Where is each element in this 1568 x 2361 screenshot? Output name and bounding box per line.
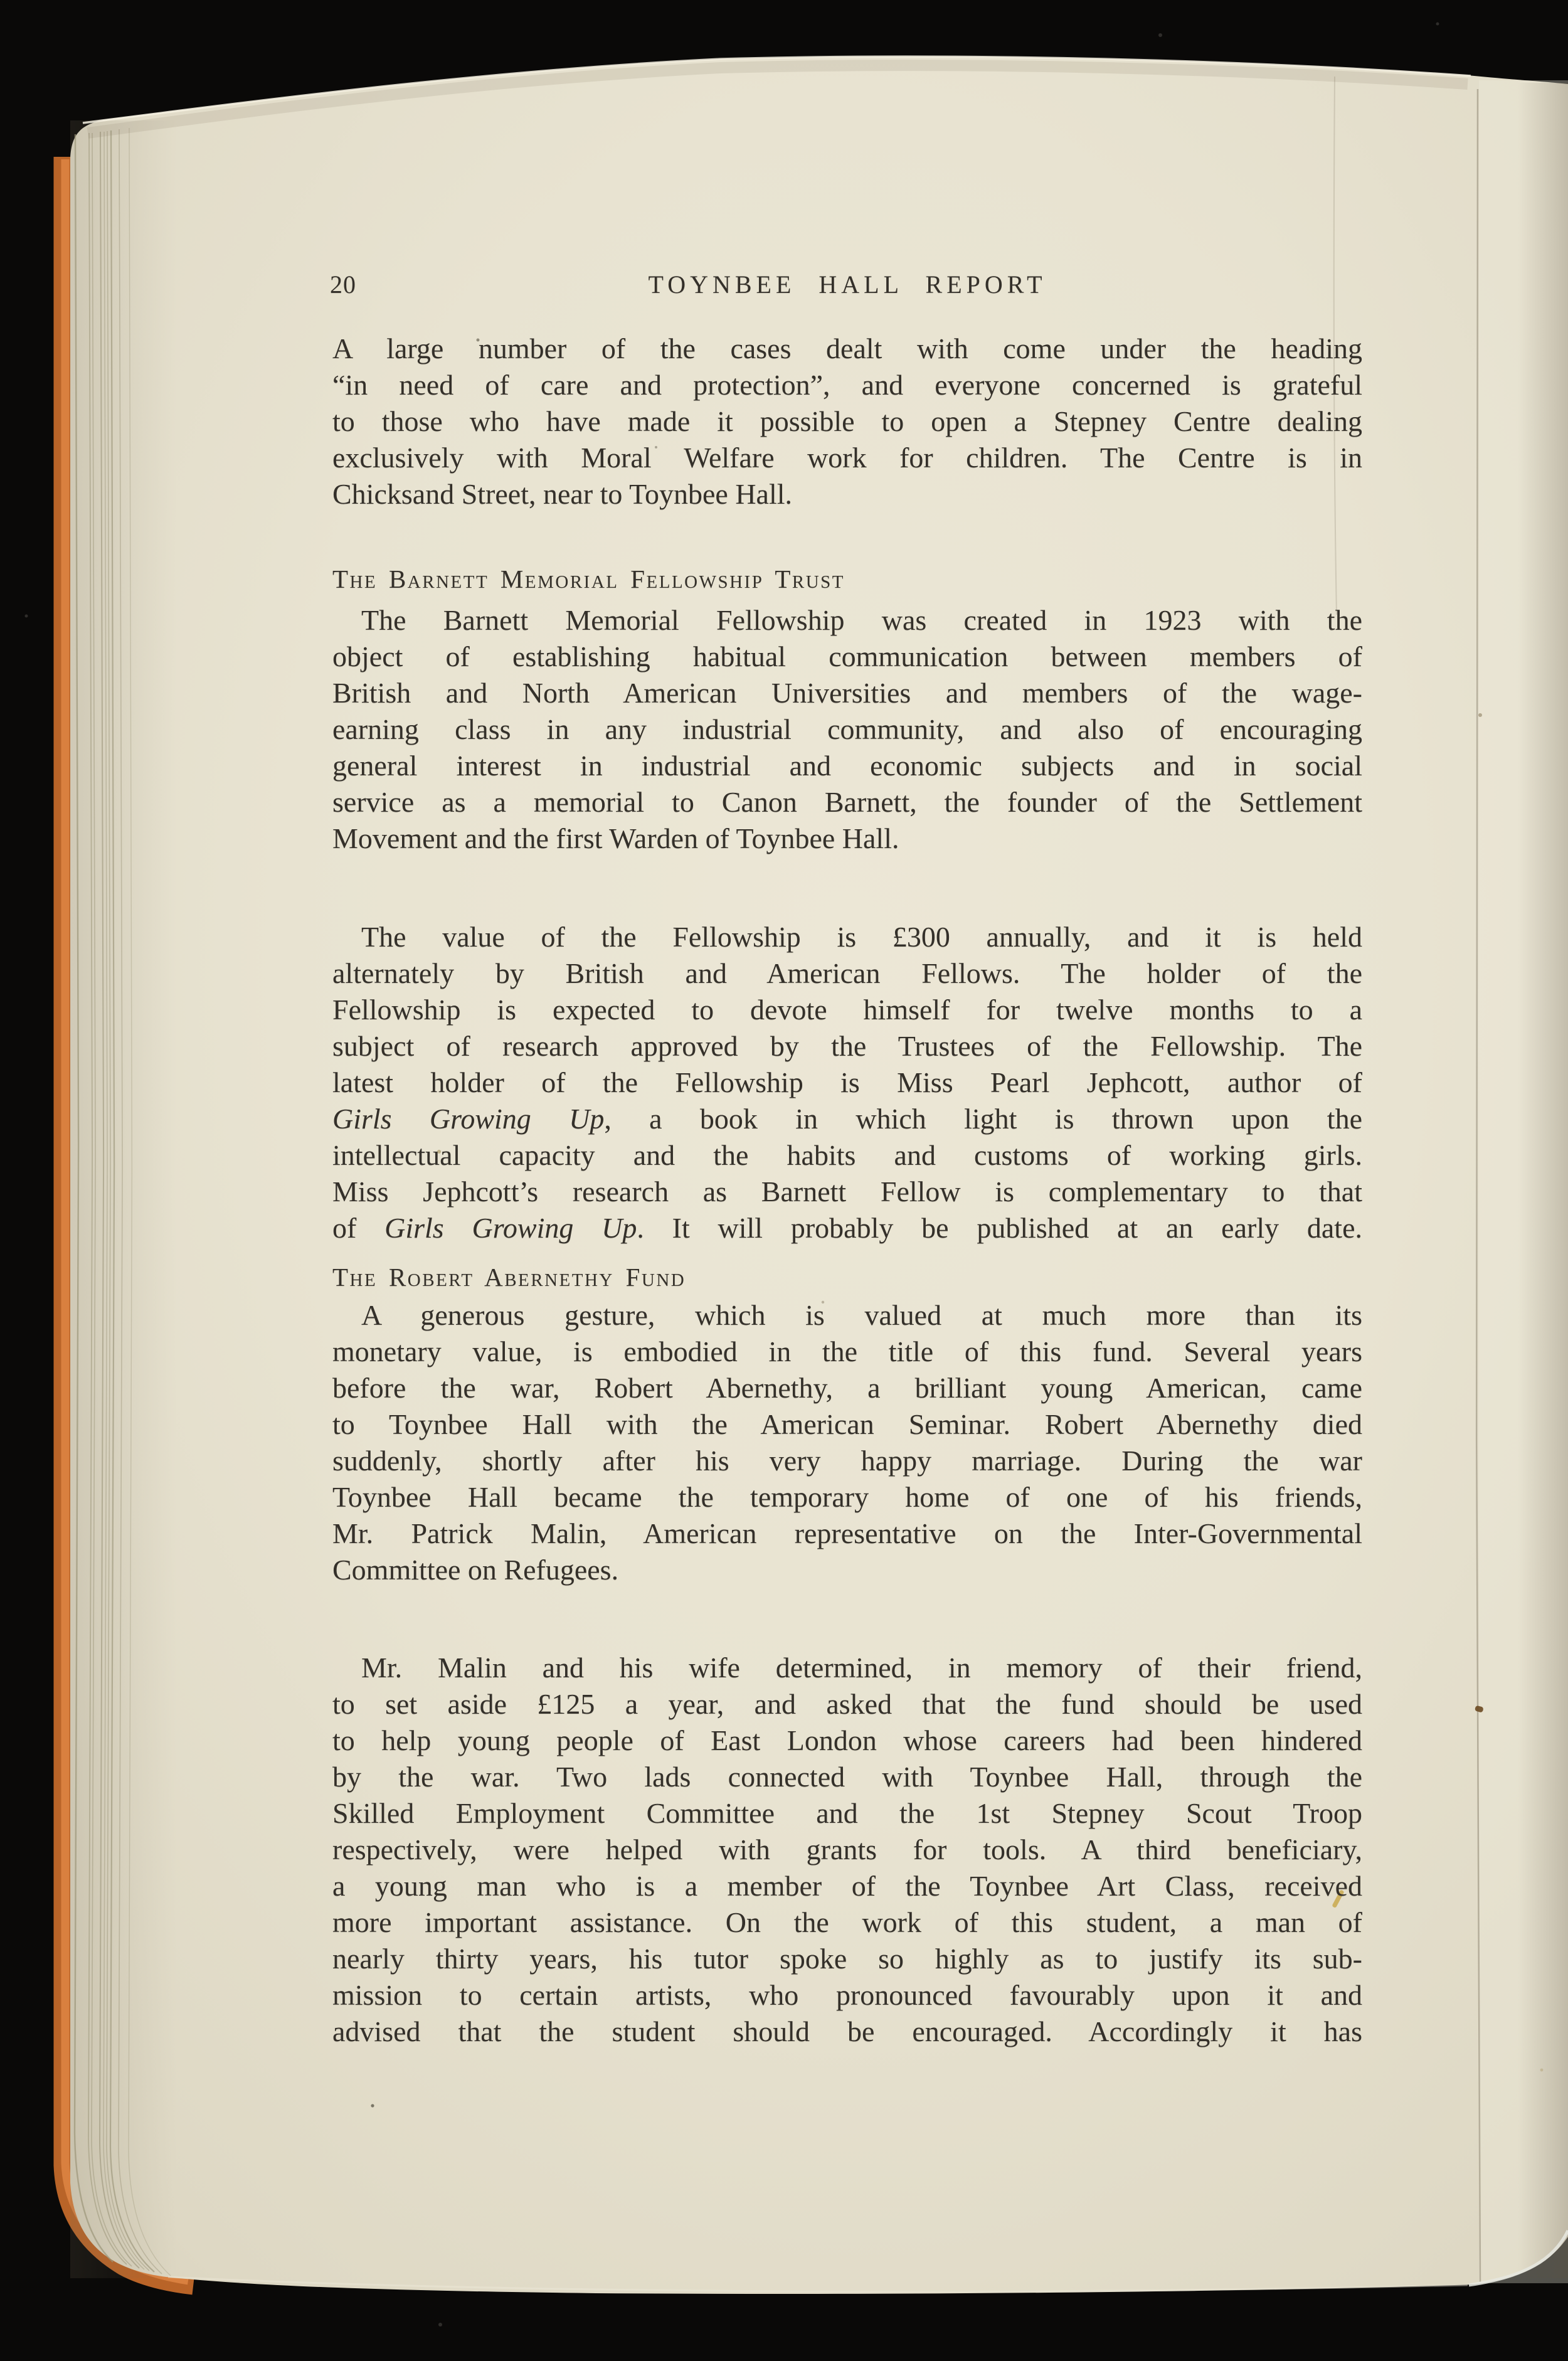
text-line: advised that the student should be encou… (332, 2013, 1362, 2050)
text-line: Movement and the first Warden of Toynbee… (332, 820, 1362, 857)
text-line: of Girls Growing Up. It will probably be… (332, 1210, 1362, 1246)
text-line: to set aside £125 a year, and asked that… (332, 1686, 1362, 1722)
text-line: before the war, Robert Abernethy, a bril… (332, 1370, 1362, 1406)
text-line: earning class in any industrial communit… (332, 711, 1362, 748)
edge-zone-shade (70, 120, 177, 2278)
text-line: “in need of care and protection”, and ev… (332, 367, 1362, 403)
running-head-row: 20 TOYNBEE HALL REPORT (332, 266, 1362, 304)
text-line: object of establishing habitual communic… (332, 639, 1362, 675)
text-line: to Toynbee Hall with the American Semina… (332, 1406, 1362, 1443)
text-line: respectively, were helped with grants fo… (332, 1832, 1362, 1868)
text-line: Committee on Refugees. (332, 1552, 1362, 1588)
text-line: more important assistance. On the work o… (332, 1904, 1362, 1941)
text-line: latest holder of the Fellowship is Miss … (332, 1064, 1362, 1101)
text-line: Toynbee Hall became the temporary home o… (332, 1479, 1362, 1515)
text-line: to those who have made it possible to op… (332, 403, 1362, 440)
paragraph: The value of the Fellowship is £300 annu… (332, 919, 1362, 1246)
paragraph: A generous gesture, which is valued at m… (332, 1297, 1362, 1588)
text-line: nearly thirty years, his tutor spoke so … (332, 1941, 1362, 1977)
gutter-shadow (1518, 83, 1568, 2278)
text-line: British and North American Universities … (332, 675, 1362, 711)
text-line: alternately by British and American Fell… (332, 955, 1362, 992)
section-heading-robert-abernethy-fund: The Robert Abernethy Fund (332, 1260, 1362, 1295)
running-header: TOYNBEE HALL REPORT (332, 266, 1362, 304)
text-line: Skilled Employment Committee and the 1st… (332, 1795, 1362, 1832)
paragraph-intro: A large number of the cases dealt with c… (332, 331, 1362, 512)
text-line: exclusively with Moral Welfare work for … (332, 440, 1362, 476)
text-line: by the war. Two lads connected with Toyn… (332, 1759, 1362, 1795)
text-line: suddenly, shortly after his very happy m… (332, 1443, 1362, 1479)
text-line: Chicksand Street, near to Toynbee Hall. (332, 476, 1362, 512)
text-line: intellectual capacity and the habits and… (332, 1137, 1362, 1174)
text-line: The Barnett Memorial Fellowship was crea… (332, 602, 1362, 639)
text-line: Mr. Malin and his wife determined, in me… (332, 1650, 1362, 1686)
text-line: Fellowship is expected to devote himself… (332, 992, 1362, 1028)
text-line: Girls Growing Up, a book in which light … (332, 1101, 1362, 1137)
text-line: A generous gesture, which is valued at m… (332, 1297, 1362, 1334)
paragraph: Mr. Malin and his wife determined, in me… (332, 1650, 1362, 2050)
text-line: The value of the Fellowship is £300 annu… (332, 919, 1362, 955)
text-line: A large number of the cases dealt with c… (332, 331, 1362, 367)
text-line: to help young people of East London whos… (332, 1722, 1362, 1759)
section-heading-barnett-memorial-fellowship-trust: The Barnett Memorial Fellowship Trust (332, 561, 1362, 597)
text-line: a young man who is a member of the Toynb… (332, 1868, 1362, 1904)
text-line: service as a memorial to Canon Barnett, … (332, 784, 1362, 820)
paragraph: The Barnett Memorial Fellowship was crea… (332, 602, 1362, 857)
text-line: subject of research approved by the Trus… (332, 1028, 1362, 1064)
text-line: Mr. Patrick Malin, American representati… (332, 1515, 1362, 1552)
text-line: mission to certain artists, who pronounc… (332, 1977, 1362, 2013)
text-line: general interest in industrial and econo… (332, 748, 1362, 784)
page-text-block: 20 TOYNBEE HALL REPORT A large number of… (332, 266, 1362, 2050)
text-line: Miss Jephcott’s research as Barnett Fell… (332, 1174, 1362, 1210)
page-number: 20 (330, 266, 356, 304)
book-page-photo: 20 TOYNBEE HALL REPORT A large number of… (0, 0, 1568, 2361)
text-line: monetary value, is embodied in the title… (332, 1334, 1362, 1370)
